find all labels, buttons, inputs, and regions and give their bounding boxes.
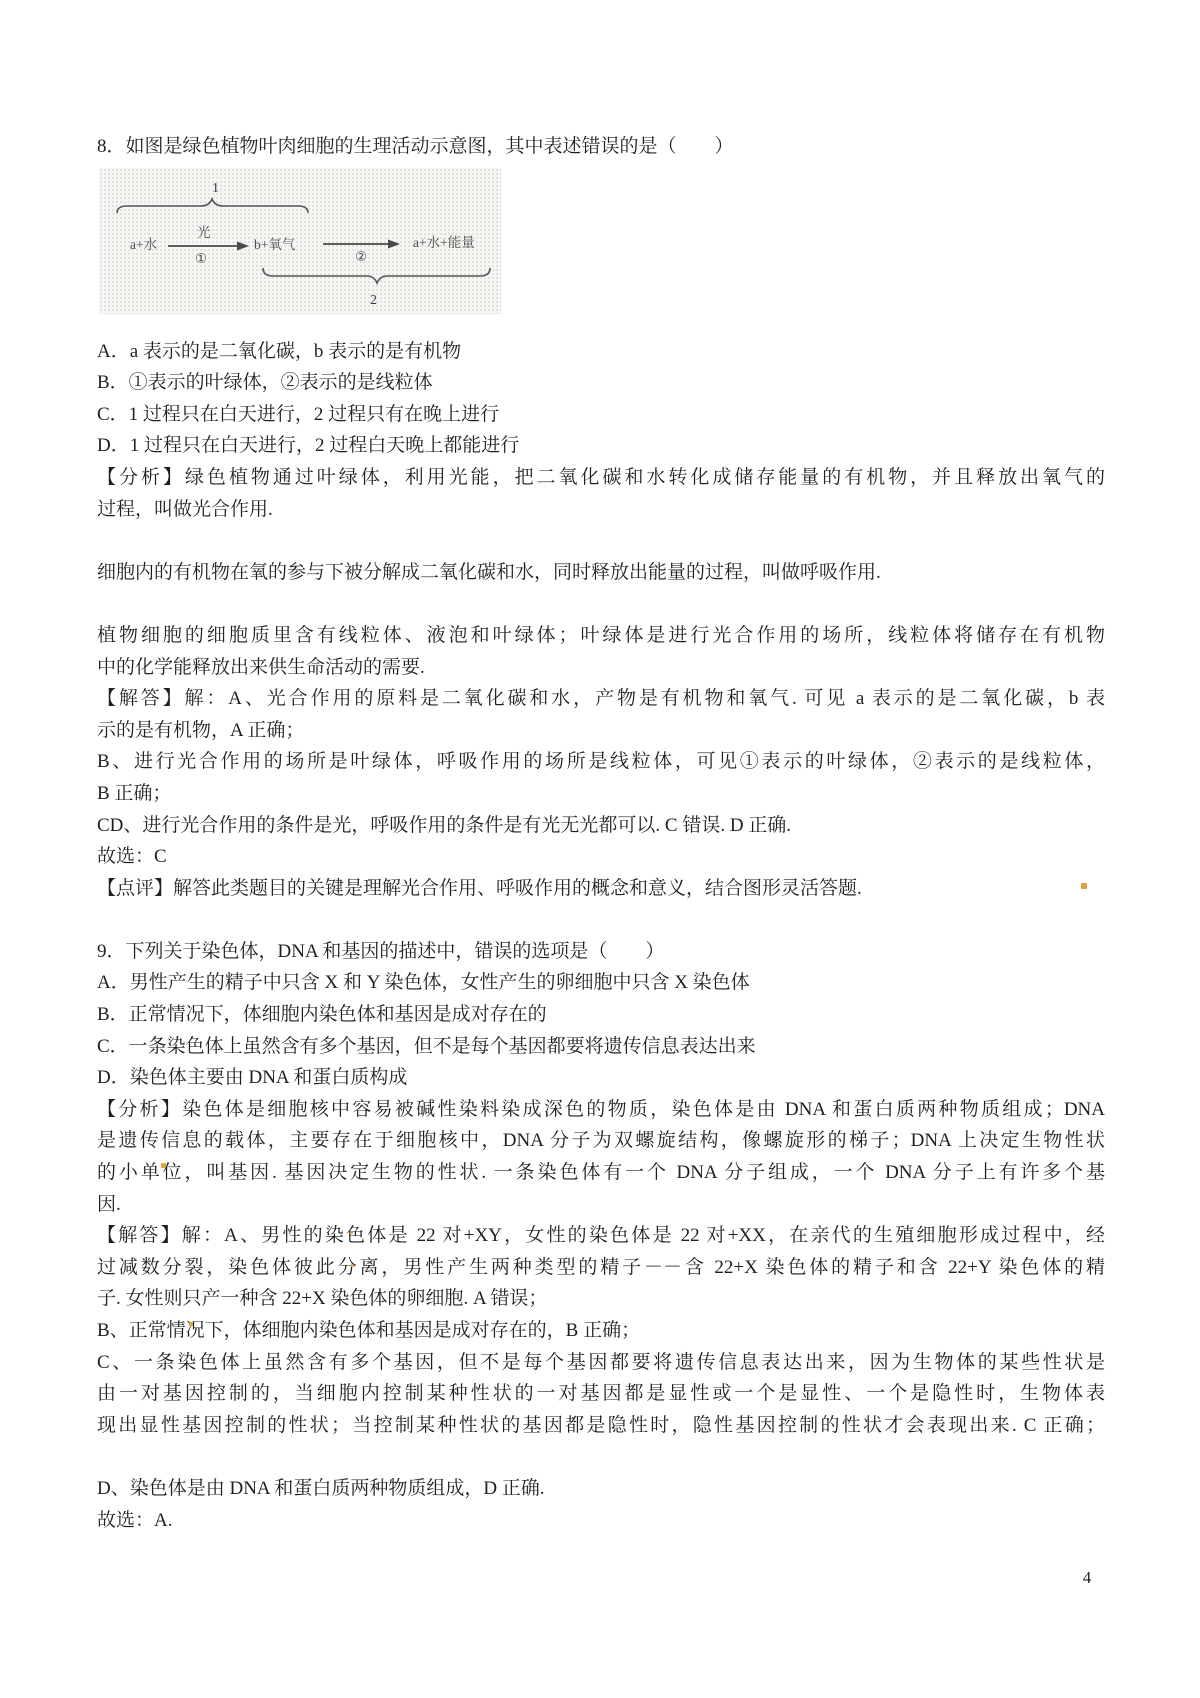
q9-answer-choice: 故选：A.: [97, 1505, 1105, 1537]
product-label: a+水+能量: [413, 236, 475, 250]
blank-line: [97, 588, 1105, 620]
q8-analysis-line: 过程，叫做光合作用.: [97, 494, 1105, 526]
q8-answer-line: CD、进行光合作用的条件是光，呼吸作用的条件是有光无光都可以. C 错误. D …: [97, 810, 1105, 842]
q9-analysis-line: 的小单位，叫基因. 基因决定生物的性状. 一条染色体有一个 DNA 分子组成，一…: [97, 1157, 1105, 1189]
q8-analysis-line: 【分析】绿色植物通过叶绿体，利用光能，把二氧化碳和水转化成储存能量的有机物，并且…: [97, 462, 1105, 494]
q8-analysis-line: 植物细胞的细胞质里含有线粒体、液泡和叶绿体；叶绿体是进行光合作用的场所，线粒体将…: [97, 620, 1105, 652]
q8-answer-choice: 故选：C: [97, 841, 1105, 873]
blank-line: [97, 904, 1105, 936]
region-1-label: 1: [212, 182, 219, 196]
q8-option-d: D．1 过程只在白天进行，2 过程白天晚上都能进行: [97, 430, 1105, 462]
scan-artifact-dot: [189, 1322, 193, 1326]
region-2-label: 2: [370, 294, 377, 308]
step-1-label: ①: [195, 252, 207, 266]
reactant-label: a+水: [130, 238, 157, 252]
scan-artifact-dot: [350, 1231, 353, 1234]
q8-option-b: B．①表示的叶绿体，②表示的是线粒体: [97, 367, 1105, 399]
q9-answer-line: B、正常情况下，体细胞内染色体和基因是成对存在的，B 正确；: [97, 1315, 1105, 1347]
intermediate-label: b+氧气: [254, 238, 295, 252]
q9-option-b: B．正常情况下，体细胞内染色体和基因是成对存在的: [97, 999, 1105, 1031]
q8-analysis-line: 中的化学能释放出来供生命活动的需要.: [97, 652, 1105, 684]
q8-answer-line: 示的是有机物，A 正确；: [97, 715, 1105, 747]
q8-answer-line: 【解答】解：A、光合作用的原料是二氧化碳和水，产物是有机物和氧气. 可见 a 表…: [97, 683, 1105, 715]
respiration-brace-icon: [263, 268, 490, 283]
q9-answer-line: 【解答】解：A、男性的染色体是 22 对+XY，女性的染色体是 22 对+XX，…: [97, 1220, 1105, 1252]
q8-title: 8．如图是绿色植物叶肉细胞的生理活动示意图，其中表述错误的是（ ）: [97, 131, 1105, 163]
q9-analysis-line: 因.: [97, 1189, 1105, 1221]
q9-answer-line: 子. 女性则只产一种含 22+X 染色体的卵细胞. A 错误；: [97, 1283, 1105, 1315]
blank-line: [97, 525, 1105, 557]
q9-option-d: D．染色体主要由 DNA 和蛋白质构成: [97, 1062, 1105, 1094]
step-2-label: ②: [355, 250, 367, 264]
q8-answer-line: B、进行光合作用的场所是叶绿体，呼吸作用的场所是线粒体，可见①表示的叶绿体，②表…: [97, 746, 1105, 778]
q8-answer-line: B 正确；: [97, 778, 1105, 810]
scan-artifact-dot: [351, 1264, 354, 1267]
light-condition-label: 光: [197, 226, 211, 240]
scan-artifact-dot: [1081, 883, 1087, 889]
q8-analysis-line: 细胞内的有机物在氧的参与下被分解成二氧化碳和水，同时释放出能量的过程，叫做呼吸作…: [97, 557, 1105, 589]
q8-option-a: A．a 表示的是二氧化碳，b 表示的是有机物: [97, 336, 1105, 368]
q8-comment-line: 【点评】解答此类题目的关键是理解光合作用、呼吸作用的概念和意义，结合图形灵活答题…: [97, 873, 1105, 905]
document-page: 8．如图是绿色植物叶肉细胞的生理活动示意图，其中表述错误的是（ ） 1: [0, 0, 1200, 1698]
q9-title: 9．下列关于染色体，DNA 和基因的描述中，错误的选项是（ ）: [97, 936, 1105, 968]
q8-diagram: 1 a+水 光 ① b+氧气 ② a+水+能量 2: [99, 168, 501, 314]
page-number: 4: [1060, 1568, 1114, 1588]
q9-analysis-line: 是遗传信息的载体，主要存在于细胞核中，DNA 分子为双螺旋结构，像螺旋形的梯子；…: [97, 1125, 1105, 1157]
q9-answer-line: 由一对基因控制的，当细胞内控制某种性状的一对基因都是显性或一个是显性、一个是隐性…: [97, 1378, 1105, 1410]
q9-answer-line: D、染色体是由 DNA 和蛋白质两种物质组成，D 正确.: [97, 1473, 1105, 1505]
q9-option-a: A．男性产生的精子中只含 X 和 Y 染色体，女性产生的卵细胞中只含 X 染色体: [97, 967, 1105, 999]
arrow-right-icon: [323, 239, 400, 248]
arrow-right-icon: [168, 241, 249, 250]
q9-answer-line: 过减数分裂，染色体彼此分离，男性产生两种类型的精子－－含 22+X 染色体的精子…: [97, 1252, 1105, 1284]
q9-answer-line: C、一条染色体上虽然含有多个基因，但不是每个基因都要将遗传信息表达出来，因为生物…: [97, 1347, 1105, 1379]
document-content: 8．如图是绿色植物叶肉细胞的生理活动示意图，其中表述错误的是（ ） 1: [97, 131, 1105, 1536]
scan-artifact-dot: [161, 1163, 166, 1168]
blank-line: [97, 1441, 1105, 1473]
q8-option-c: C．1 过程只在白天进行，2 过程只有在晚上进行: [97, 399, 1105, 431]
q9-option-c: C．一条染色体上虽然含有多个基因，但不是每个基因都要将遗传信息表达出来: [97, 1031, 1105, 1063]
photosynthesis-brace-icon: [117, 199, 308, 213]
q9-analysis-line: 【分析】染色体是细胞核中容易被碱性染料染成深色的物质，染色体是由 DNA 和蛋白…: [97, 1094, 1105, 1126]
q9-answer-line: 现出显性基因控制的性状；当控制某种性状的基因都是隐性时，隐性基因控制的性状才会表…: [97, 1410, 1105, 1442]
